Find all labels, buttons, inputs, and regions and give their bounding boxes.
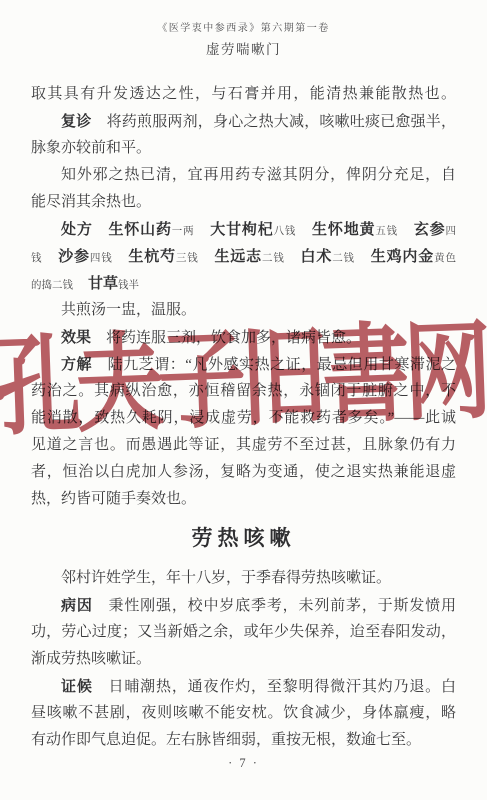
- text-line: 渐成劳热咳嗽证。: [31, 646, 456, 673]
- text-run: [113, 249, 129, 265]
- drug-run: 白术: [301, 248, 333, 265]
- page-number: · 7 ·: [0, 756, 487, 771]
- text-run: 秉性刚强，校中岁底季考，未列前茅，于斯发愤用: [93, 598, 456, 614]
- text-line: 处方 生怀山药一两 大甘枸杞八钱 生怀地黄五钱 玄参四: [31, 216, 456, 243]
- text-run: 共煎汤一盅，温服。: [61, 302, 196, 318]
- dose-run: 二钱: [332, 253, 355, 264]
- drug-run: 生杭芍: [128, 248, 176, 265]
- text-line: 钱 沙参四钱 生杭芍三钱 生远志二钱 白术二钱 生鸡内金黄色: [31, 243, 456, 270]
- text-run: 将药连服三剂，饮食加多，诸病皆愈。: [91, 330, 361, 346]
- text-run: 将药煎服两剂，身心之热大减，咳嗽吐痰已愈强半，: [91, 114, 456, 130]
- text-run: 功，劳心过度；又当新婚之余，或年少失保养，迨至春阳发动，: [31, 624, 456, 640]
- label-run: 病因: [61, 597, 93, 614]
- text-run: 能消散，致热久耗阴，浸成虚劳，不能救药者多矣。”——此诚: [31, 410, 456, 426]
- text-line: 能尽消其余热也。: [31, 189, 456, 216]
- drug-run: 生怀山药: [108, 221, 171, 238]
- dose-run: 钱: [31, 253, 42, 264]
- book-page: 《医学衷中参西录》第六期第一卷 虚劳喘嗽门 取其具有升发透达之性，与石膏并用，能…: [0, 0, 487, 800]
- text-run: 陆九芝谓：“凡外感实热之证，最忌但用甘寒滞泥之: [92, 357, 456, 373]
- text-run: [355, 249, 371, 265]
- text-line: 昼咳嗽不甚剧，夜则咳嗽不能安枕。饮食减少，身体羸瘦，略: [31, 700, 456, 727]
- text-run: 见道之言也。而愚遇此等证，其虚劳不至过甚，且脉象仍有力: [31, 437, 456, 453]
- text-line: 热，约皆可随手奏效也。: [31, 486, 456, 513]
- drug-run: 生怀地黄: [312, 221, 375, 238]
- text-line: 的捣二钱 甘草钱半: [31, 270, 456, 297]
- text-line: 能消散，致热久耗阴，浸成虚劳，不能救药者多矣。”——此诚: [31, 405, 456, 432]
- text-line: 知外邪之热已清，宜再用药专滋其阴分，俾阴分充足，自: [31, 162, 456, 189]
- text-run: [93, 222, 109, 238]
- text-run: 渐成劳热咳嗽证。: [31, 651, 151, 667]
- drug-run: 生远志: [214, 248, 262, 265]
- drug-run: 大甘枸杞: [210, 221, 273, 238]
- text-run: 能尽消其余热也。: [31, 194, 151, 210]
- text-run: [42, 249, 58, 265]
- text-line: 邻村许姓学生，年十八岁，于季春得劳热咳嗽证。: [31, 565, 456, 592]
- label-run: 复诊: [61, 113, 91, 130]
- dose-run: 五钱: [375, 226, 398, 237]
- dose-run: 黄色: [434, 253, 456, 264]
- text-run: [73, 276, 88, 292]
- text-line: 者，恒治以白虎加人参汤，复略为变通，使之退实热兼能退虚: [31, 459, 456, 486]
- drug-run: 沙参: [58, 248, 90, 265]
- dose-run: 三钱: [176, 253, 199, 264]
- text-line: 共煎汤一盅，温服。: [31, 297, 456, 324]
- dose-run: 的捣二钱: [31, 280, 73, 291]
- label-run: 效果: [61, 329, 91, 346]
- drug-run: 生鸡内金: [371, 248, 434, 265]
- text-line: 病因 秉性刚强，校中岁底季考，未列前茅，于斯发愤用: [31, 592, 456, 619]
- dose-run: 一两: [172, 226, 195, 237]
- text-run: 热，约皆可随手奏效也。: [31, 491, 196, 507]
- text-run: [285, 249, 301, 265]
- text-run: 昼咳嗽不甚剧，夜则咳嗽不能安枕。饮食减少，身体羸瘦，略: [31, 705, 456, 721]
- text-line: 功，劳心过度；又当新婚之余，或年少失保养，迨至春阳发动，: [31, 619, 456, 646]
- dose-run: 八钱: [274, 226, 297, 237]
- text-run: [194, 222, 210, 238]
- page-header: 《医学衷中参西录》第六期第一卷 虚劳喘嗽门: [0, 19, 487, 58]
- text-line: 药治之。其病纵治愈，亦恒稽留余热，永锢闭于脏腑之中，不: [31, 378, 456, 405]
- text-run: [296, 222, 312, 238]
- section-heading: 劳热咳嗽: [31, 525, 456, 551]
- dose-run: 四钱: [90, 253, 113, 264]
- text-run: 取其具有升发透达之性，与石膏并用，能清热兼能散热也。: [31, 86, 456, 102]
- text-line: 脉象亦较前和平。: [31, 135, 456, 162]
- text-run: 邻村许姓学生，年十八岁，于季春得劳热咳嗽证。: [61, 570, 391, 586]
- text-run: 者，恒治以白虎加人参汤，复略为变通，使之退实热兼能退虚: [31, 464, 456, 480]
- text-line: 有动作即气息迫促。左右脉皆细弱，重按无根，数逾七至。: [31, 727, 456, 754]
- text-run: 日晡潮热，通夜作灼，至黎明得微汗其灼乃退。白: [93, 679, 456, 695]
- text-line: 复诊 将药煎服两剂，身心之热大减，咳嗽吐痰已愈强半，: [31, 108, 456, 135]
- text-line: 效果 将药连服三剂，饮食加多，诸病皆愈。: [31, 324, 456, 351]
- drug-run: 甘草: [88, 275, 118, 292]
- text-line: 证候 日晡潮热，通夜作灼，至黎明得微汗其灼乃退。白: [31, 673, 456, 700]
- dose-run: 四: [445, 226, 456, 237]
- page-content: 取其具有升发透达之性，与石膏并用，能清热兼能散热也。复诊 将药煎服两剂，身心之热…: [31, 81, 456, 754]
- label-run: 处方: [61, 221, 93, 238]
- label-run: 证候: [61, 678, 93, 695]
- text-line: 取其具有升发透达之性，与石膏并用，能清热兼能散热也。: [31, 81, 456, 108]
- text-line: 见道之言也。而愚遇此等证，其虚劳不至过甚，且脉象仍有力: [31, 432, 456, 459]
- chapter-title: 虚劳喘嗽门: [0, 38, 487, 58]
- dose-run: 二钱: [262, 253, 285, 264]
- running-title: 《医学衷中参西录》第六期第一卷: [0, 19, 487, 34]
- label-run: 方解: [61, 356, 92, 373]
- dose-run: 钱半: [118, 280, 139, 291]
- text-run: [199, 249, 215, 265]
- text-run: 脉象亦较前和平。: [31, 140, 151, 156]
- text-run: [398, 222, 414, 238]
- text-run: 知外邪之热已清，宜再用药专滋其阴分，俾阴分充足，自: [61, 167, 456, 183]
- drug-run: 玄参: [414, 221, 446, 238]
- text-run: 药治之。其病纵治愈，亦恒稽留余热，永锢闭于脏腑之中，不: [31, 383, 456, 399]
- text-run: 有动作即气息迫促。左右脉皆细弱，重按无根，数逾七至。: [31, 732, 421, 748]
- text-line: 方解 陆九芝谓：“凡外感实热之证，最忌但用甘寒滞泥之: [31, 351, 456, 378]
